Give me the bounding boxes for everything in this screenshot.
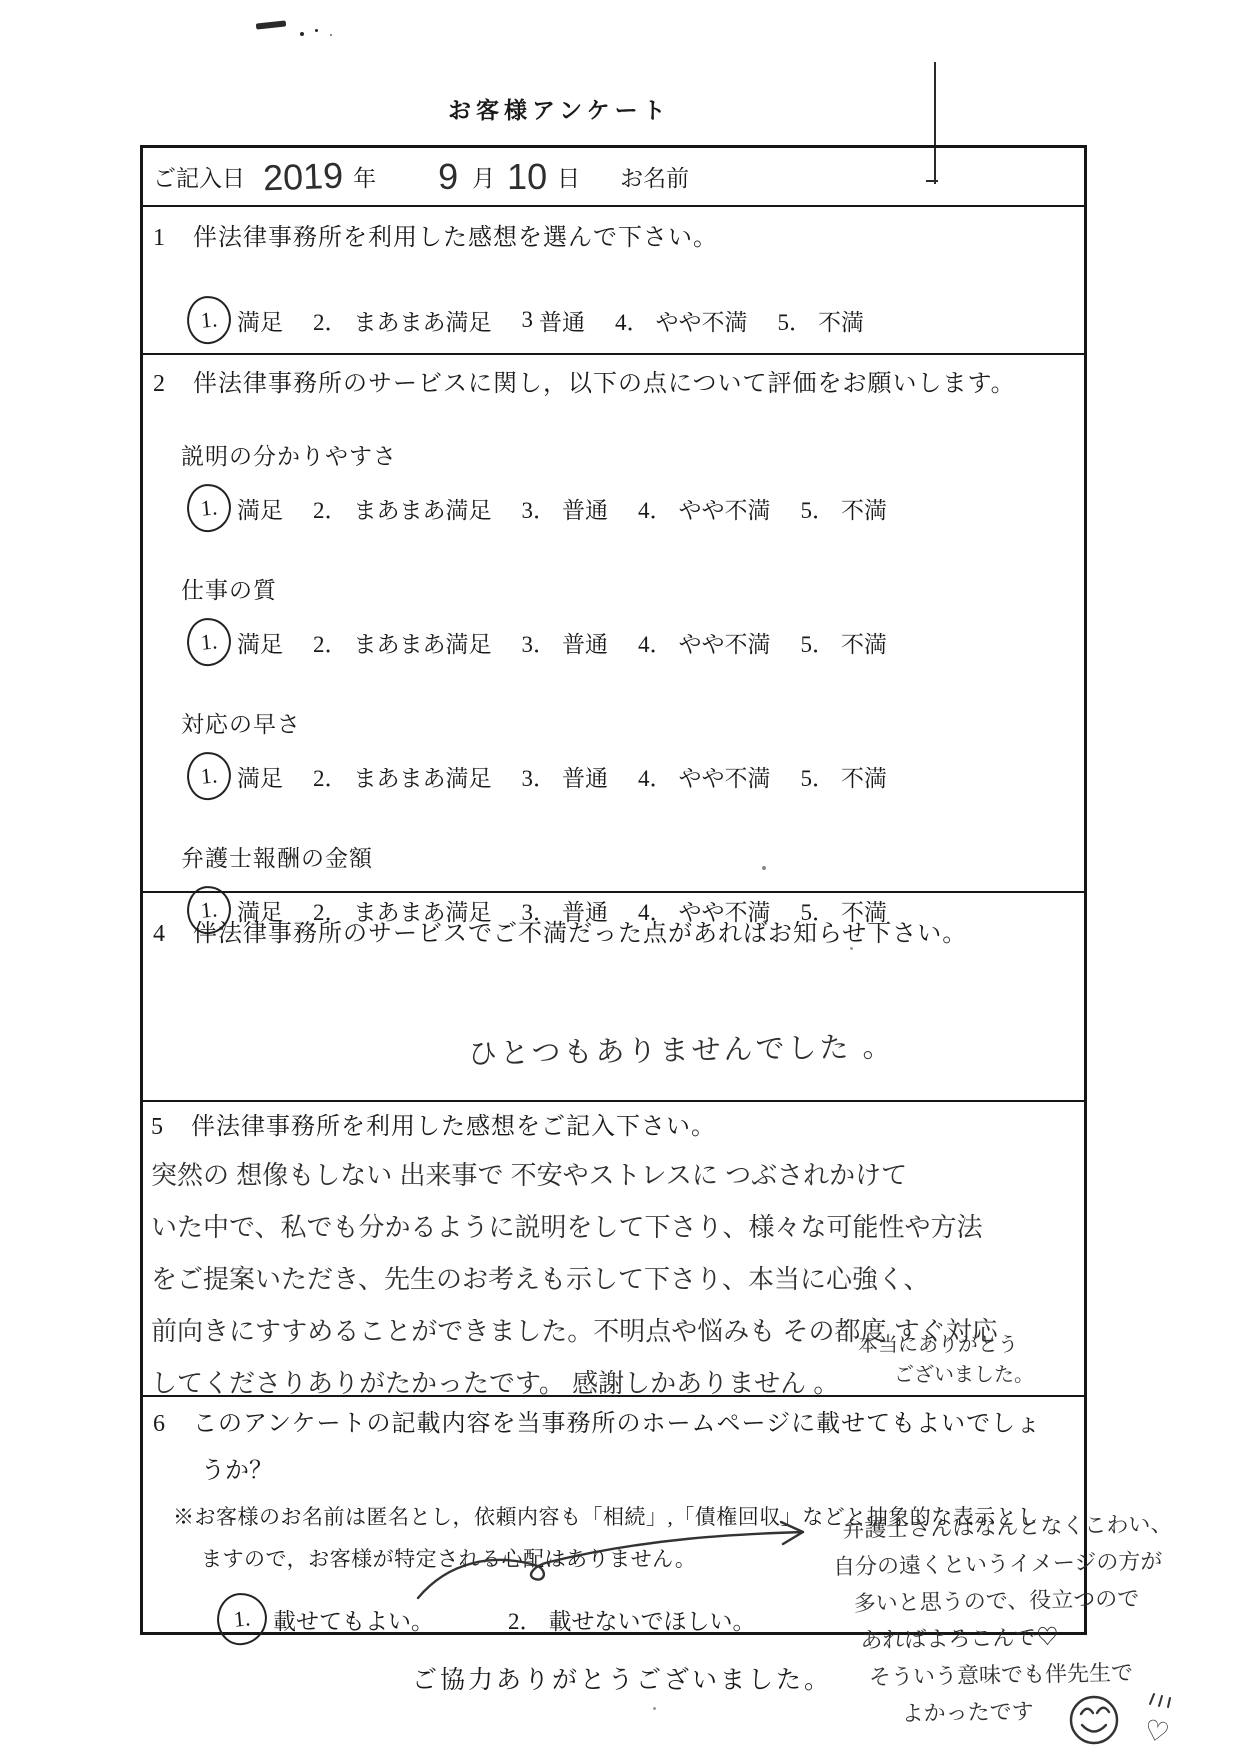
question-2: 2伴法律事務所のサービスに関し，以下の点について評価をお願いします。 説明の分か… [143, 353, 1084, 891]
scan-dot [315, 29, 318, 32]
rating-options: 1.満足 2．まあまあ満足 3．普通 4．やや不満 5．不満 [187, 618, 1084, 666]
month-unit: 月 [472, 160, 495, 193]
scan-mark [256, 20, 286, 29]
rating-option: 4．やや不満 [638, 760, 771, 793]
rating-option: 1.満足 [187, 752, 283, 800]
page-title: お客様アンケート [448, 92, 671, 125]
handwritten-line: 弁護士さんはなんとなくこわい、 [842, 1505, 1197, 1548]
rating-option: 5．不満 [801, 492, 888, 525]
handwritten-arrow [398, 1510, 828, 1610]
question-4: 4伴法律事務所のサービスでご不満だった点があればお知らせ下さい。 ひとつもありま… [143, 891, 1084, 1100]
rating-option: 2．まあまあ満足 [313, 492, 492, 525]
day-unit: 日 [557, 160, 580, 193]
scan-dot [653, 1707, 656, 1710]
rating-option: 3．普通 [522, 492, 609, 525]
sub-item-label: 弁護士報酬の金額 [181, 840, 1084, 873]
question-number: 6 [153, 1411, 193, 1438]
date-year-value: 2019 [262, 154, 344, 199]
rating-option: 5．不満 [801, 626, 888, 659]
question-number: 2 [153, 371, 193, 398]
date-label: ご記入日 [153, 160, 245, 193]
question-4-prompt: 4伴法律事務所のサービスでご不満だった点があればお知らせ下さい。 [153, 913, 1084, 948]
date-day-value: 10 [507, 156, 547, 198]
rating-option: 2．まあまあ満足 [313, 760, 492, 793]
circled-answer: 1. [185, 616, 233, 668]
question-2-item: 対応の早さ 1.満足 2．まあまあ満足 3．普通 4．やや不満 5．不満 [153, 706, 1084, 800]
sub-item-label: 対応の早さ [181, 706, 1084, 739]
question-5-prompt: 5伴法律事務所を利用した感想をご記入下さい。 [151, 1106, 1084, 1141]
sub-item-label: 説明の分かりやすさ [181, 438, 1084, 471]
rating-option: 1.満足 [187, 484, 283, 532]
rating-option: 4．やや不満 [615, 304, 748, 337]
handwritten-line: いた中で、私でも分かるように説明をして下さり、様々な可能性や方法 [151, 1201, 1084, 1253]
circled-answer: 1. [185, 294, 233, 346]
question-number: 5 [151, 1114, 191, 1141]
date-row: ご記入日 2019 年 9 月 10 日 お名前 [143, 148, 1084, 205]
sub-item-label: 仕事の質 [181, 572, 1084, 605]
question-2-item: 仕事の質 1.満足 2．まあまあ満足 3．普通 4．やや不満 5．不満 [153, 572, 1084, 666]
rating-option: 3普通 [522, 304, 586, 337]
handwritten-answer: ひとつもありませんでした 。 [468, 1024, 895, 1072]
rating-options: 1.満足 2．まあまあ満足 3．普通 4．やや不満 5．不満 [187, 484, 1084, 532]
rating-options: 1.満足 2．まあまあ満足 3普通 4．やや不満 5．不満 [187, 296, 1084, 344]
question-number: 1 [153, 225, 193, 252]
year-unit: 年 [353, 160, 376, 193]
rating-option: 2．まあまあ満足 [313, 626, 492, 659]
question-1: 1伴法律事務所を利用した感想を選んで下さい。 1.満足 2．まあまあ満足 3普通… [143, 205, 1084, 353]
circled-answer: 1. [215, 1591, 269, 1647]
date-month-value: 9 [438, 156, 458, 198]
name-label: お名前 [620, 160, 689, 193]
rating-option: 1.満足 [187, 296, 283, 344]
rating-option: 4．やや不満 [638, 626, 771, 659]
handwritten-line: 自分の遠くというイメージの方が [833, 1542, 1198, 1585]
scan-dot [330, 34, 332, 36]
handwritten-line: をご提案いただき、先生のお考えも示して下さり、本当に心強く、 [151, 1253, 1084, 1305]
svg-text:♡: ♡ [1141, 1715, 1172, 1751]
rating-options: 1.満足 2．まあまあ満足 3．普通 4．やや不満 5．不満 [187, 752, 1084, 800]
closing-thanks: ご協力ありがとうございました。 [412, 1660, 832, 1696]
question-2-item: 説明の分かりやすさ 1.満足 2．まあまあ満足 3．普通 4．やや不満 5．不満 [153, 438, 1084, 532]
rating-option: 1.満足 [187, 618, 283, 666]
handwritten-line: 突然の 想像もしない 出来事で 不安やストレスに つぶされかけて [151, 1149, 1084, 1201]
question-2-prompt: 2伴法律事務所のサービスに関し，以下の点について評価をお願いします。 [153, 363, 1084, 398]
question-6-prompt-wrap: うか？ [201, 1450, 1084, 1485]
scan-dot [300, 32, 304, 36]
rating-option: 2．まあまあ満足 [313, 304, 492, 337]
rating-option: 3．普通 [522, 760, 609, 793]
handwritten-side-note: 本当にありがとう ございました。 [858, 1330, 1034, 1390]
question-6-prompt: 6このアンケートの記載内容を当事務所のホームページに載せてもよいでしょ [153, 1403, 1084, 1438]
survey-form: ご記入日 2019 年 9 月 10 日 お名前 1伴法律事務所を利用した感想を… [140, 145, 1087, 1635]
smiley-face-doodle: ♡ [1066, 1688, 1196, 1752]
circled-answer: 1. [185, 482, 233, 534]
rating-option: 5．不満 [801, 760, 888, 793]
handwritten-line: 多いと思うので、役立つので [853, 1579, 1198, 1622]
question-5: 5伴法律事務所を利用した感想をご記入下さい。 突然の 想像もしない 出来事で 不… [143, 1100, 1084, 1395]
circled-answer: 1. [185, 750, 233, 802]
rating-option: 3．普通 [522, 626, 609, 659]
handwritten-line: あればよろこんで♡ [860, 1616, 1199, 1659]
question-1-prompt: 1伴法律事務所を利用した感想を選んで下さい。 [153, 217, 1084, 252]
scanned-survey-page: お客様アンケート ご記入日 2019 年 9 月 10 日 お名前 1伴法律事務… [0, 0, 1241, 1755]
question-number: 4 [153, 921, 193, 948]
rating-option: 5．不満 [778, 304, 865, 337]
rating-option: 4．やや不満 [638, 492, 771, 525]
